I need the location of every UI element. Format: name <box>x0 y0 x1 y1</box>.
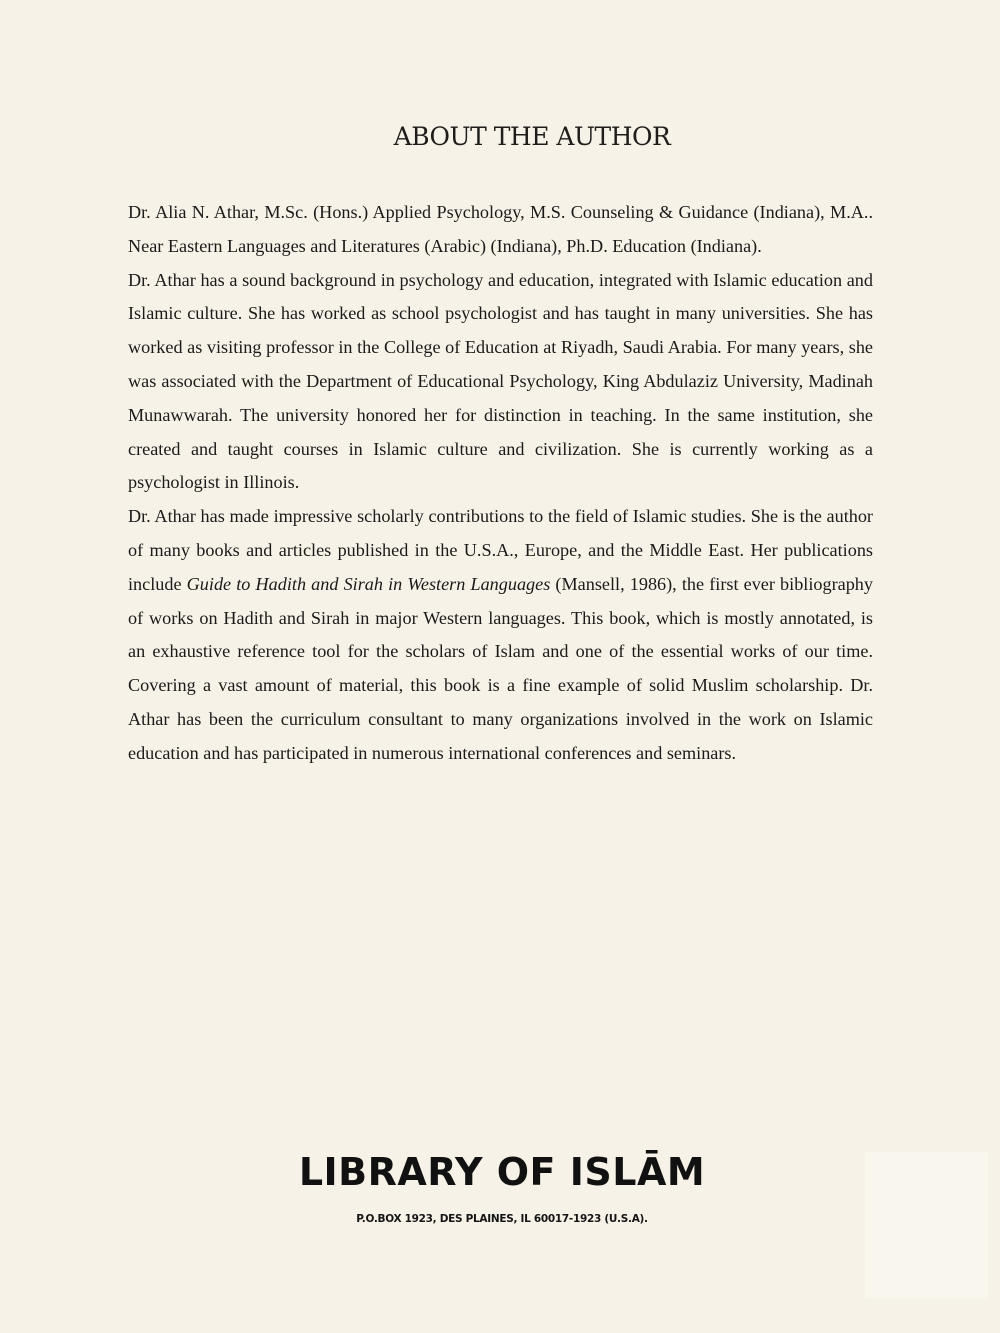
book-title: Guide to Hadith and Sirah in Western Lan… <box>187 574 551 594</box>
contributions-paragraph: Dr. Athar has made impressive scholarly … <box>128 500 873 770</box>
publisher-address: P.O.BOX 1923, DES PLAINES, IL 60017-1923… <box>0 1213 1000 1225</box>
credentials-paragraph: Dr. Alia N. Athar, M.Sc. (Hons.) Applied… <box>128 196 873 264</box>
background-paragraph: Dr. Athar has a sound background in psyc… <box>128 264 873 501</box>
author-bio: Dr. Alia N. Athar, M.Sc. (Hons.) Applied… <box>128 196 873 771</box>
page-title: ABOUT THE AUTHOR <box>0 122 1000 151</box>
publisher-name: LIBRARY OF ISLĀM <box>0 1150 1000 1194</box>
contributions-text-end: (Mansell, 1986), the first ever bibliogr… <box>128 574 873 763</box>
